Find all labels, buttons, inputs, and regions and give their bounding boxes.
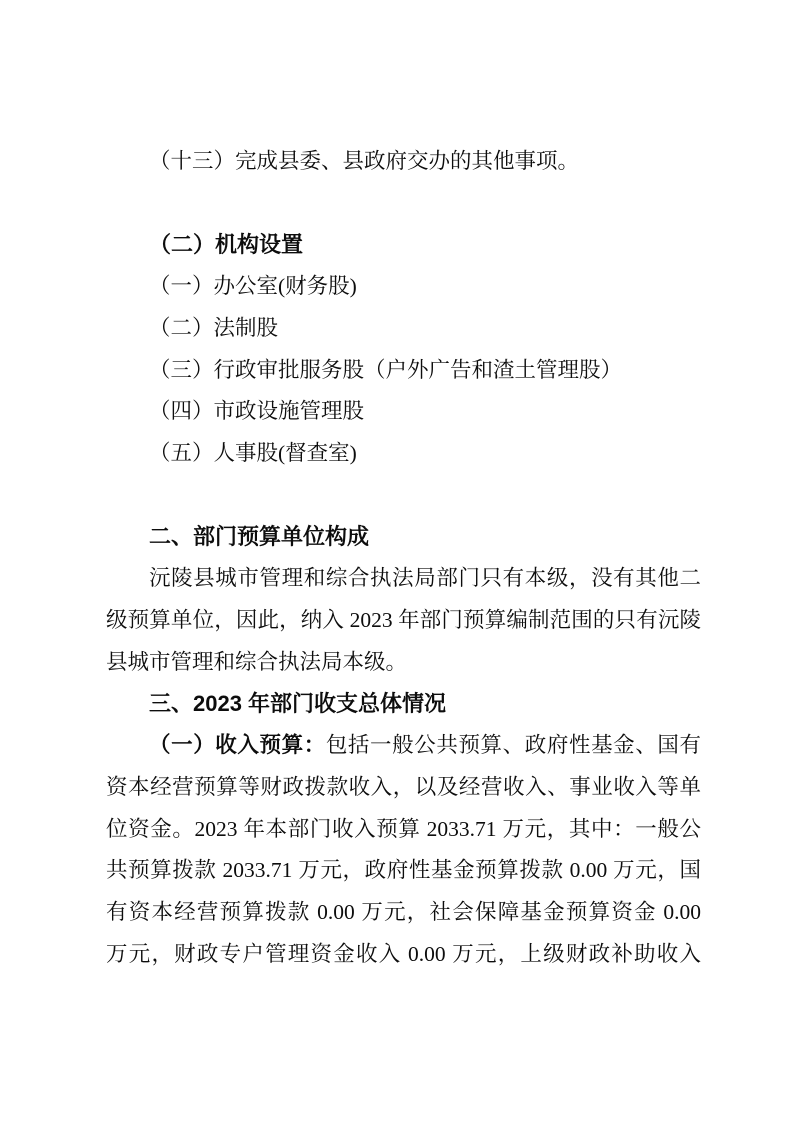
blank-line <box>106 183 701 225</box>
section-heading: （二）机构设置 <box>106 224 701 266</box>
section-heading: 二、部门预算单位构成 <box>106 516 701 558</box>
document-content: （十三）完成县委、县政府交办的其他事项。（二）机构设置（一）办公室(财务股)（二… <box>106 141 701 975</box>
body-line: （十三）完成县委、县政府交办的其他事项。 <box>106 141 701 183</box>
body-line: （一）收入预算：包括一般公共预算、政府性基金、国有 <box>106 725 701 767</box>
body-line: 沅陵县城市管理和综合执法局部门只有本级，没有其他二 <box>106 558 701 600</box>
emphasis-run: （一）收入预算： <box>149 733 326 757</box>
body-line: 共预算拨款 2033.71 万元，政府性基金预算拨款 0.00 万元，国 <box>106 850 701 892</box>
body-line: （一）办公室(财务股) <box>106 266 701 308</box>
blank-line <box>106 475 701 517</box>
body-line: 县城市管理和综合执法局本级。 <box>106 642 701 684</box>
body-line: （二）法制股 <box>106 308 701 350</box>
document-page: （十三）完成县委、县政府交办的其他事项。（二）机构设置（一）办公室(财务股)（二… <box>0 0 793 1122</box>
text-run: 包括一般公共预算、政府性基金、国有 <box>326 733 701 757</box>
body-line: 级预算单位，因此，纳入 2023 年部门预算编制范围的只有沅陵 <box>106 600 701 642</box>
body-line: （五）人事股(督查室) <box>106 433 701 475</box>
body-line: 位资金。2023 年本部门收入预算 2033.71 万元，其中：一般公 <box>106 809 701 851</box>
section-heading: 三、2023 年部门收支总体情况 <box>106 683 701 725</box>
body-line: 资本经营预算等财政拨款收入，以及经营收入、事业收入等单 <box>106 767 701 809</box>
body-line: （三）行政审批服务股（户外广告和渣土管理股） <box>106 350 701 392</box>
body-line: （四）市政设施管理股 <box>106 391 701 433</box>
body-line: 万元，财政专户管理资金收入 0.00 万元，上级财政补助收入 <box>106 934 701 976</box>
body-line: 有资本经营预算拨款 0.00 万元，社会保障基金预算资金 0.00 <box>106 892 701 934</box>
